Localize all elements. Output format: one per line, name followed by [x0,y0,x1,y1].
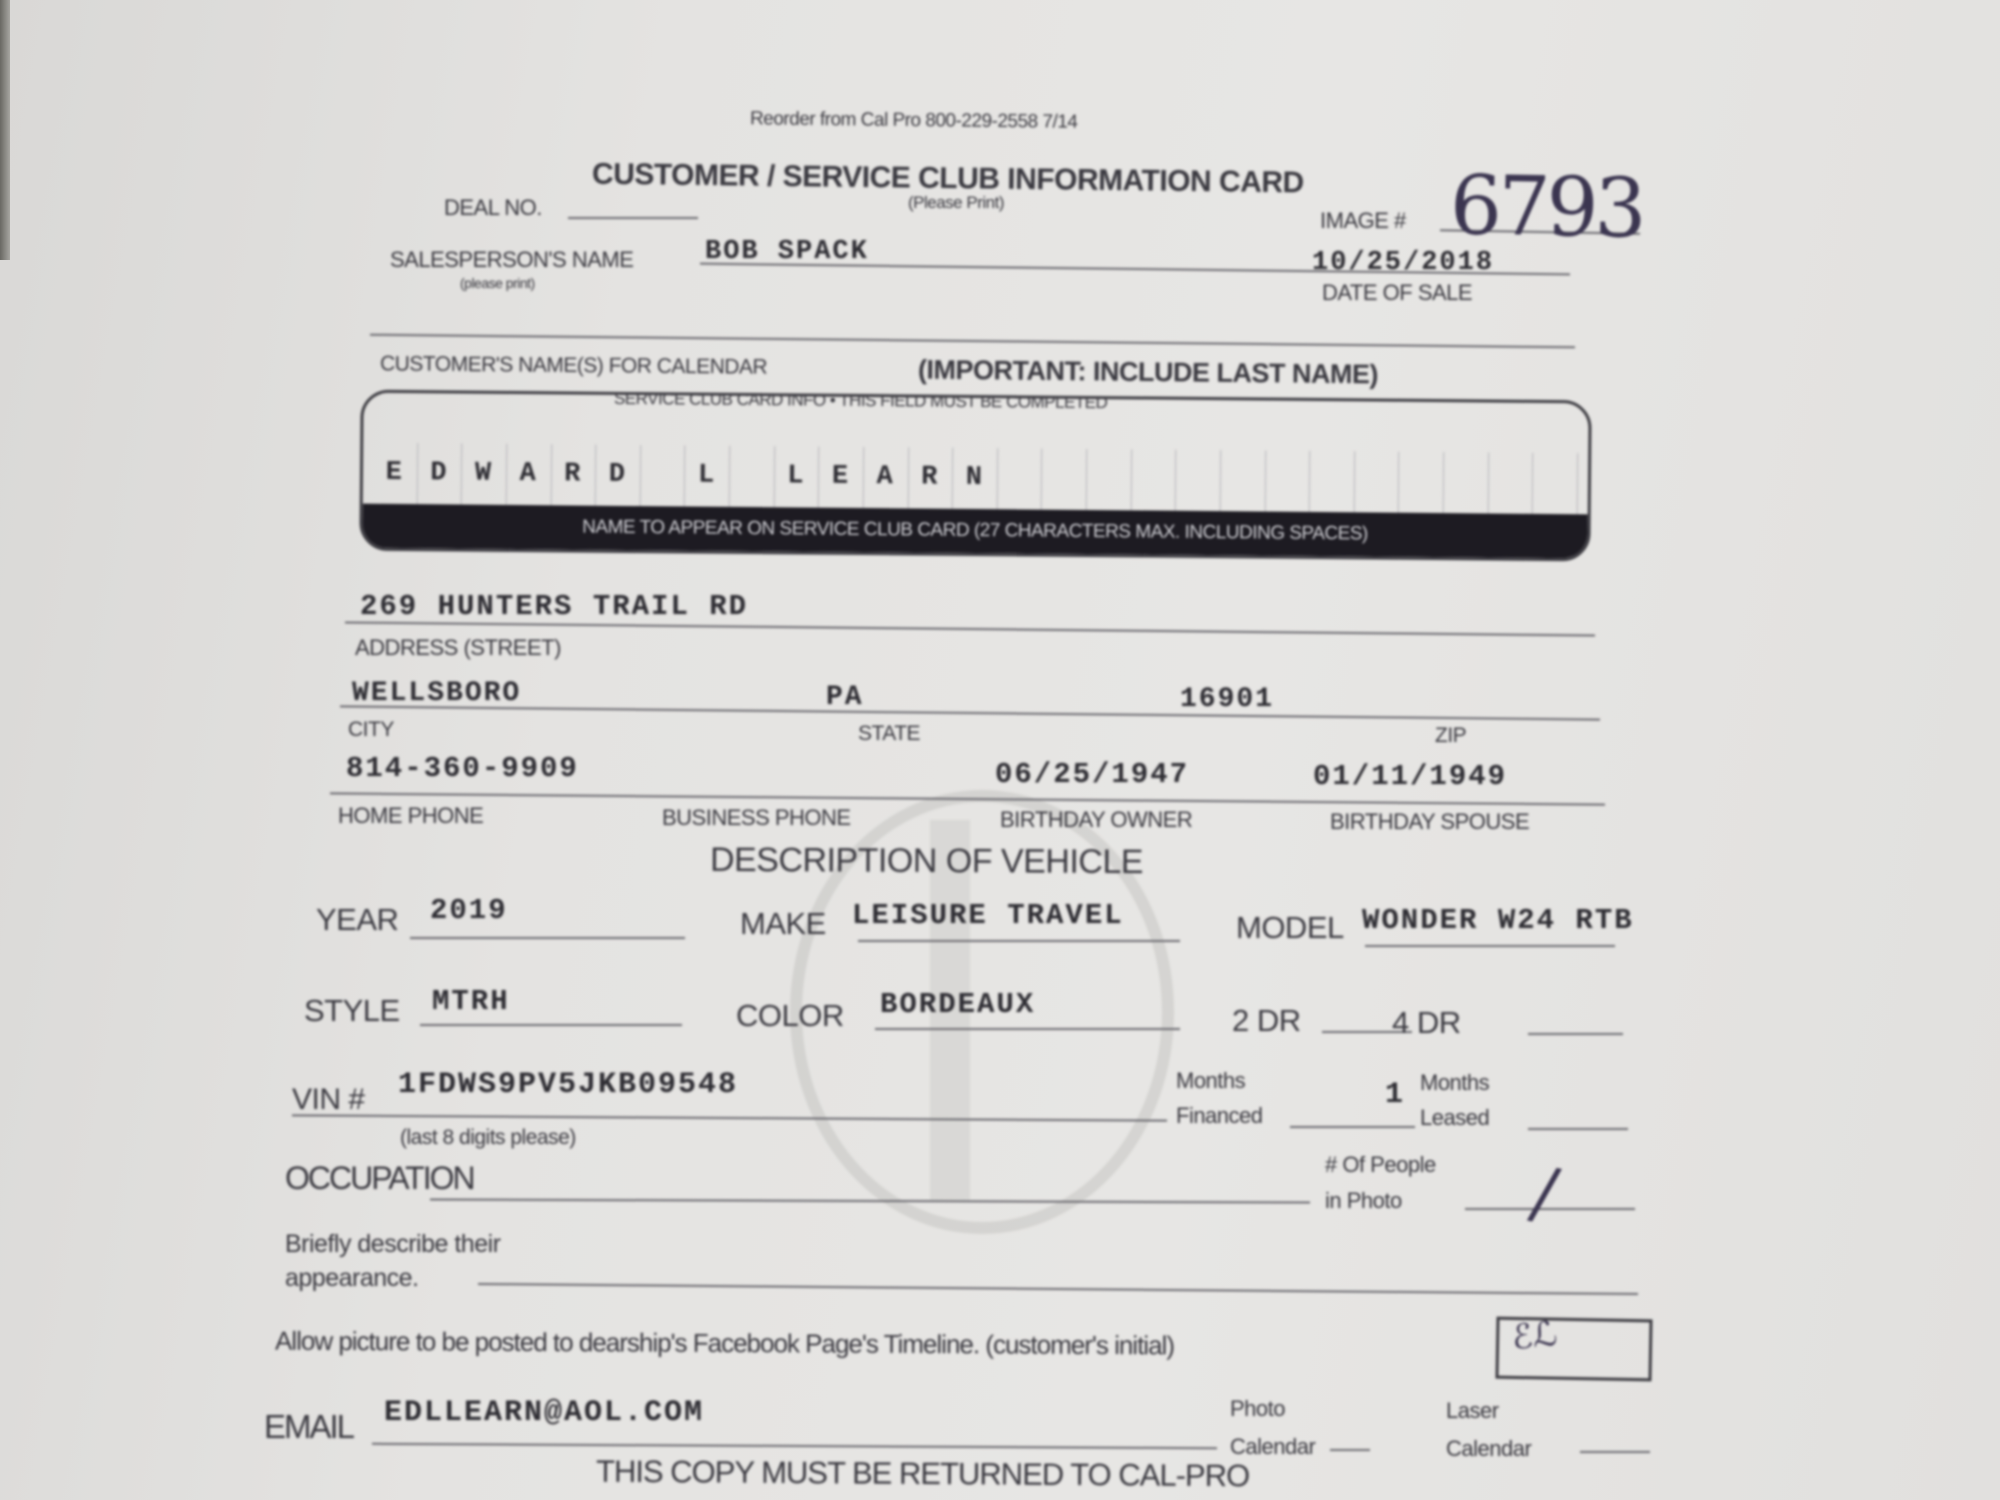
card-name-char-cell: D [596,445,641,507]
card-name-char-cell: E [373,443,418,505]
card-name-char-cell: R [908,447,953,509]
occupation-field[interactable] [430,1198,1310,1203]
laser-calendar-field[interactable] [1580,1451,1650,1453]
card-name-char-cell [1087,449,1132,511]
appearance-label-2: appearance. [285,1264,419,1293]
color-label: COLOR [736,998,844,1034]
image-number-label: IMAGE # [1320,208,1406,234]
year-line [410,937,685,939]
color-field[interactable]: BORDEAUX [880,988,1035,1021]
card-name-char-cell [1131,449,1176,511]
business-phone-label: BUSINESS PHONE [662,805,851,831]
birthday-spouse-field[interactable]: 01/11/1949 [1313,760,1507,793]
email-line [372,1443,1217,1449]
deal-no-label: DEAL NO. [444,195,542,221]
vehicle-section-title: DESCRIPTION OF VEHICLE [710,841,1143,882]
people-in-photo-label: # Of People [1325,1152,1436,1178]
birthday-owner-label: BIRTHDAY OWNER [1000,807,1192,833]
appearance-field[interactable] [478,1283,1638,1295]
card-name-char-cell [730,446,775,508]
email-label: EMAIL [264,1408,353,1446]
year-field[interactable]: 2019 [430,894,508,927]
year-label: YEAR [316,902,398,938]
photo-calendar-label-2: Calendar [1230,1434,1315,1460]
card-name-char-cell: L [774,446,819,508]
two-door-label: 2 DR [1232,1003,1301,1039]
card-name-char-cell: D [417,443,462,505]
make-line [858,940,1180,942]
card-name-char-cell: A [507,444,552,506]
customer-names-label: CUSTOMER'S NAME(S) FOR CALENDAR [380,352,767,379]
state-label: STATE [858,722,920,746]
birthday-spouse-label: BIRTHDAY SPOUSE [1330,809,1529,835]
city-label: CITY [348,718,394,742]
card-name-char-cell [1444,452,1489,514]
deal-no-field[interactable] [568,217,698,219]
months-leased-label-2: Leased [1420,1105,1489,1131]
make-label: MAKE [740,906,826,942]
four-door-field[interactable] [1528,1033,1623,1035]
months-leased-label: Months [1420,1070,1489,1096]
card-name-char-cell [1354,451,1399,513]
city-field[interactable]: WELLSBORO [352,678,521,709]
make-field[interactable]: LEISURE TRAVEL [852,899,1124,932]
customer-initial-handwritten: ℰℒ [1510,1314,1559,1358]
home-phone-field[interactable]: 814-360-9909 [346,752,579,785]
occupation-label: OCCUPATION [285,1160,474,1197]
style-label: STYLE [304,993,400,1029]
style-line [420,1024,682,1026]
card-name-char-cell [1488,452,1533,514]
card-name-char-cell [1176,450,1221,512]
card-name-char-cell [640,445,685,507]
laser-calendar-label: Laser [1446,1398,1499,1424]
card-name-char-cell [997,448,1042,510]
four-door-label: 4 DR [1392,1005,1461,1041]
card-name-char-cell [1042,449,1087,511]
months-financed-label: Months [1176,1068,1245,1094]
zip-field[interactable]: 16901 [1180,684,1274,715]
salesperson-sublabel: (please print) [460,275,535,291]
state-field[interactable]: PA [826,682,864,713]
months-leased-value[interactable]: 1 [1385,1078,1405,1112]
style-field[interactable]: MTRH [432,985,510,1018]
reorder-line: Reorder from Cal Pro 800-229-2558 7/14 [750,108,1078,133]
model-field[interactable]: WONDER W24 RTB [1362,904,1634,937]
months-financed-field[interactable] [1290,1126,1415,1128]
appearance-label: Briefly describe their [285,1230,500,1259]
card-name-char-cell [1533,453,1578,515]
vin-label: VIN # [292,1083,365,1117]
photo-calendar-label: Photo [1230,1396,1285,1422]
photo-calendar-field[interactable] [1330,1449,1370,1451]
card-name-char-cell: E [819,447,864,509]
return-notice: THIS COPY MUST BE RETURNED TO CAL-PRO [596,1454,1249,1495]
birthday-owner-field[interactable]: 06/25/1947 [995,758,1189,791]
image-number-handwritten[interactable]: 6793 [1449,158,1643,256]
date-of-sale-label: DATE OF SALE [1322,280,1472,306]
months-financed-label-2: Financed [1176,1103,1263,1129]
important-note: (IMPORTANT: INCLUDE LAST NAME) [918,355,1378,391]
vin-sublabel: (last 8 digits please) [400,1126,576,1150]
salesperson-label: SALESPERSON'S NAME [390,247,633,273]
facebook-consent-label: Allow picture to be posted to dearship's… [275,1326,1174,1362]
card-name-char-cell [1399,452,1444,514]
vin-field[interactable]: 1FDWS9PV5JKB09548 [398,1068,738,1102]
card-name-char-cell [1265,451,1310,513]
address-field[interactable]: 269 HUNTERS TRAIL RD [360,590,748,623]
card-name-char-cell: A [864,447,909,509]
please-print-note: (Please Print) [908,193,1004,213]
card-name-char-cell [1221,450,1266,512]
home-phone-label: HOME PHONE [338,803,483,829]
email-field[interactable]: EDLLEARN@AOL.COM [384,1396,704,1430]
service-club-name-box: EDWARD L LEARN NAME TO APPEAR ON SERVICE… [359,390,1591,562]
divider [370,334,1575,349]
card-name-char-cell: R [551,444,596,506]
model-line [1365,945,1615,947]
people-in-photo-handwritten[interactable]: / [1525,1150,1565,1235]
laser-calendar-label-2: Calendar [1446,1436,1531,1462]
card-name-char-cell [1310,451,1355,513]
information-card: Reorder from Cal Pro 800-229-2558 7/14 C… [0,0,2000,1500]
card-band-text: NAME TO APPEAR ON SERVICE CLUB CARD (27 … [362,504,1587,559]
months-leased-field[interactable] [1528,1128,1628,1130]
model-label: MODEL [1236,910,1344,946]
people-in-photo-label-2: in Photo [1325,1188,1402,1214]
date-of-sale-field[interactable]: 10/25/2018 [1312,248,1494,278]
card-name-char-cell: N [953,448,998,510]
color-line [875,1028,1180,1030]
card-name-char-cell: W [462,444,507,506]
address-label: ADDRESS (STREET) [355,635,561,661]
city-line [340,705,1600,720]
zip-label: ZIP [1435,724,1466,748]
card-name-char-cell: L [685,445,730,507]
